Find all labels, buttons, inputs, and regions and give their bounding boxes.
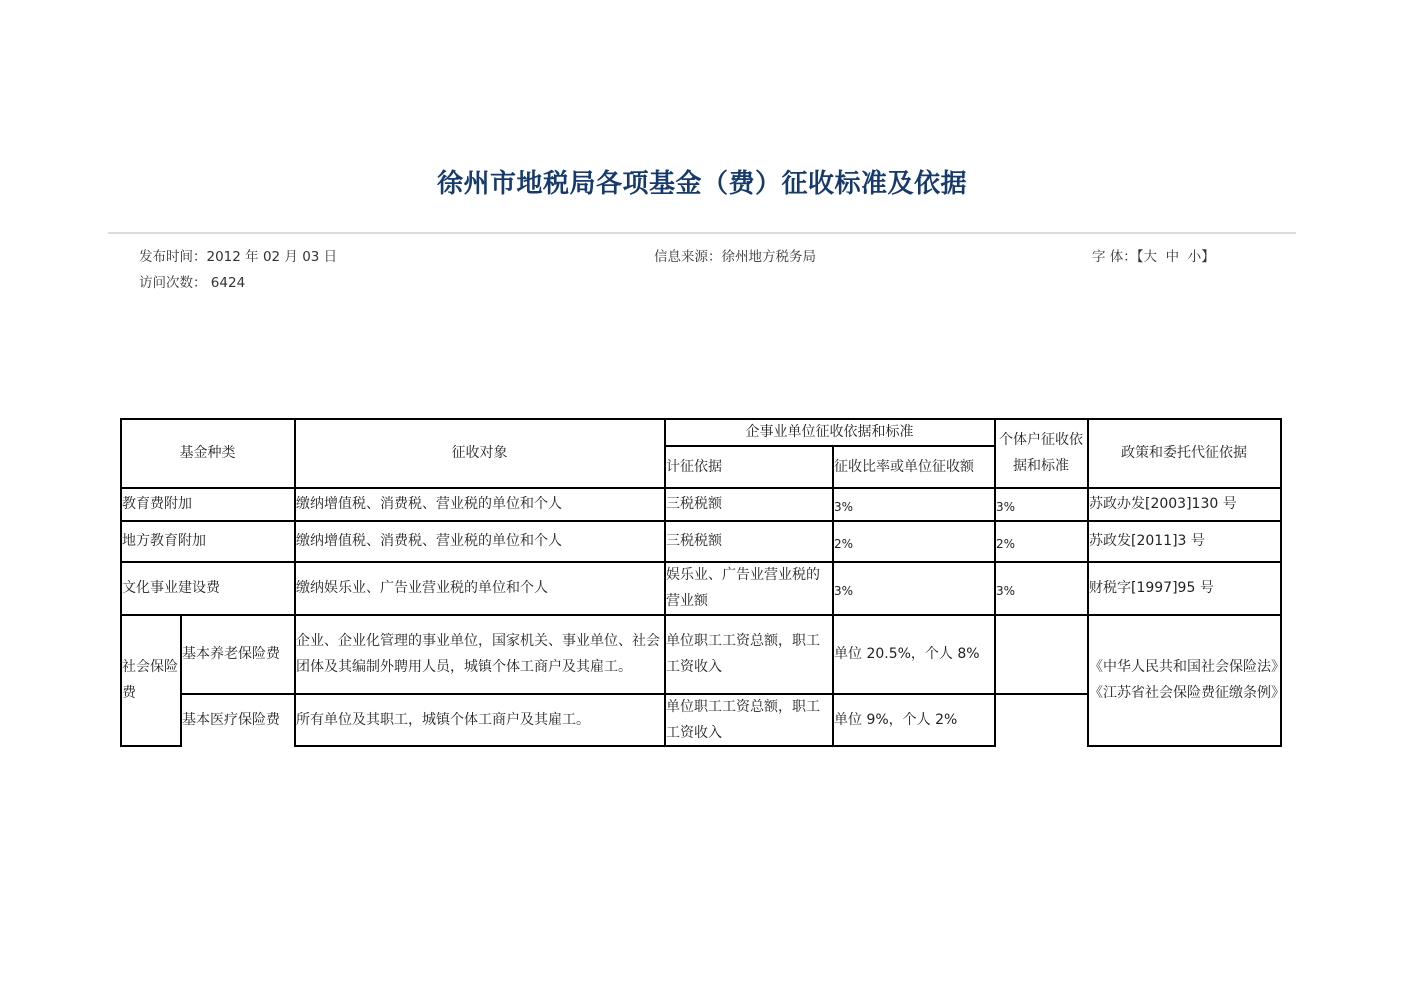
- pension-insurance-basis: 单位职工工资总额，职工工资收入: [665, 615, 832, 693]
- pension-insurance-rate: 单位 20.5%，个人 8%: [833, 615, 994, 693]
- table-row-rate: 3%: [833, 565, 994, 617]
- medical-insurance-basis: 单位职工工资总额，职工工资收入: [665, 694, 832, 745]
- table-row-policy: 苏政发[2011]3 号: [1088, 521, 1280, 561]
- pension-insurance-individual: [995, 615, 1087, 693]
- publish-date: 发布时间：2012 年 02 月 03 日: [139, 245, 337, 265]
- header-policy: 政策和委托代征依据: [1088, 419, 1280, 487]
- title-divider: [108, 232, 1296, 234]
- social-insurance-group-label: 社会保险费: [121, 615, 180, 745]
- row-divider-bottom: [294, 745, 995, 747]
- font-large-link[interactable]: 大: [1144, 249, 1158, 265]
- table-row-policy: 财税字[1997]95 号: [1088, 562, 1280, 614]
- publish-value: 2012 年 02 月 03 日: [207, 249, 338, 265]
- table-row-fund-type: 文化事业建设费: [121, 562, 294, 614]
- visits-label: 访问次数：: [139, 275, 207, 291]
- medical-insurance-name: 基本医疗保险费: [181, 694, 294, 745]
- medical-insurance-individual: [995, 694, 1087, 745]
- header-fund-type: 基金种类: [121, 419, 294, 487]
- row-divider-bottom: [1087, 745, 1281, 747]
- publish-label: 发布时间：: [139, 249, 207, 265]
- header-basis: 计征依据: [665, 446, 832, 487]
- table-row-policy: 苏政办发[2003]130 号: [1088, 488, 1280, 520]
- col-divider: [1280, 418, 1282, 747]
- header-rate: 征收比率或单位征收额: [833, 446, 994, 487]
- info-source: 信息来源：徐州地方税务局: [654, 245, 816, 265]
- header-individual: 个体户征收依据和标准: [995, 419, 1087, 487]
- table-row-fund-type: 教育费附加: [121, 488, 294, 520]
- table-row-rate: 3%: [833, 491, 994, 523]
- table-row-target: 缴纳娱乐业、广告业营业税的单位和个人: [295, 562, 664, 614]
- visit-count: 访问次数： 6424: [139, 271, 245, 291]
- header-enterprise-group: 企事业单位征收依据和标准: [665, 419, 994, 445]
- table-row-rate: 2%: [833, 524, 994, 564]
- table-row-target: 缴纳增值税、消费税、营业税的单位和个人: [295, 521, 664, 561]
- bracket-open: 【: [1137, 249, 1144, 265]
- header-target: 征收对象: [295, 419, 664, 487]
- table-row-target: 缴纳增值税、消费税、营业税的单位和个人: [295, 488, 664, 520]
- source-value: 徐州地方税务局: [722, 249, 817, 265]
- table-row-fund-type: 地方教育附加: [121, 521, 294, 561]
- medical-insurance-rate: 单位 9%，个人 2%: [833, 694, 994, 745]
- font-small-link[interactable]: 小: [1188, 249, 1202, 265]
- font-medium-link[interactable]: 中: [1166, 249, 1180, 265]
- pension-insurance-target: 企业、企业化管理的事业单位，国家机关、事业单位、社会团体及其编制外聘用人员，城镇…: [295, 615, 664, 693]
- font-label: 字 体：: [1092, 249, 1137, 265]
- table-row-individual: 3%: [995, 565, 1087, 617]
- table-row-basis: 三税税额: [665, 488, 832, 520]
- pension-insurance-name: 基本养老保险费: [181, 615, 294, 693]
- source-label: 信息来源：: [654, 249, 722, 265]
- page-title: 徐州市地税局各项基金（费）征收标准及依据: [0, 163, 1404, 200]
- medical-insurance-target: 所有单位及其职工，城镇个体工商户及其雇工。: [295, 694, 664, 745]
- row-divider-bottom: [120, 745, 181, 747]
- social-insurance-policy: 《中华人民共和国社会保险法》《江苏省社会保险费征缴条例》: [1088, 615, 1280, 745]
- table-row-individual: 2%: [995, 524, 1087, 564]
- visits-value: 6424: [211, 275, 245, 291]
- table-row-individual: 3%: [995, 491, 1087, 523]
- table-row-basis: 三税税额: [665, 521, 832, 561]
- bracket-close: 】: [1201, 249, 1215, 265]
- font-size-switcher: 字 体：【大 中 小】: [1092, 245, 1215, 265]
- table-row-basis: 娱乐业、广告业营业税的营业额: [665, 562, 832, 614]
